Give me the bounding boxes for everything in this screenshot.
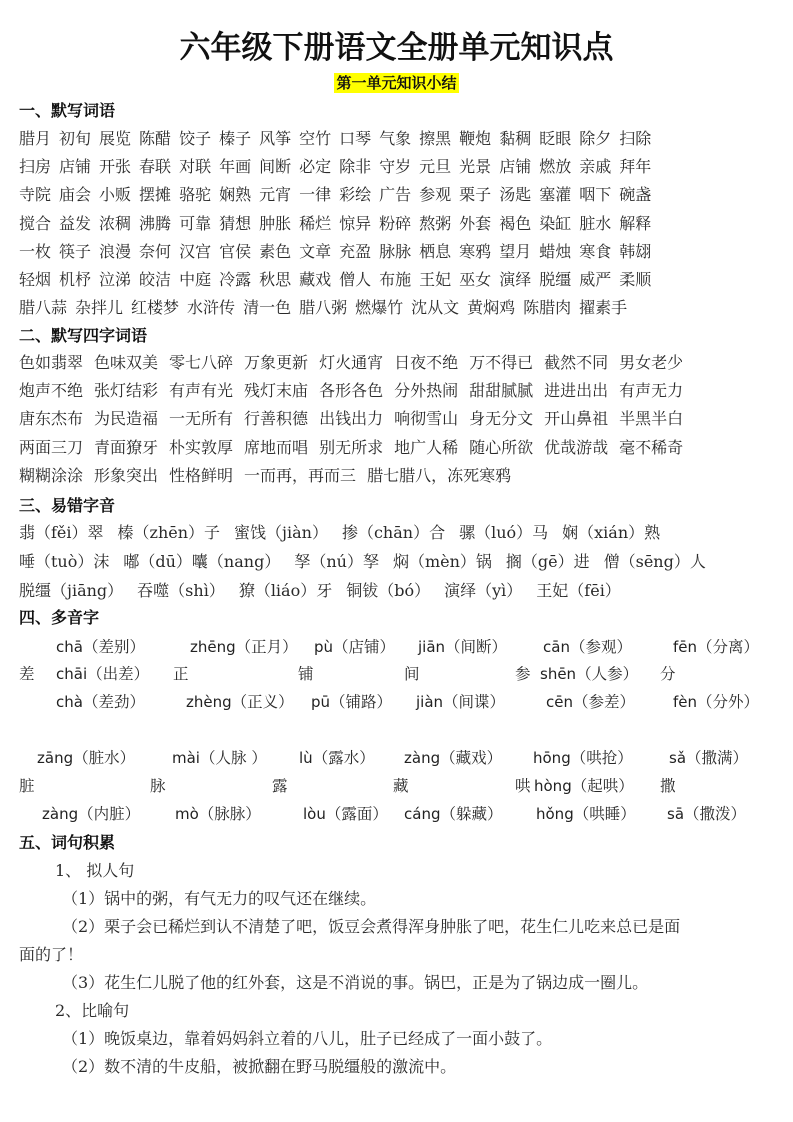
word: 僧人 [339, 270, 371, 289]
word: 优哉游哉 [544, 438, 608, 457]
word: 张灯结彩 [94, 381, 158, 400]
word: 孥（nú）孥 [294, 552, 379, 571]
polyphone-reading: hòng（起哄） [534, 775, 634, 797]
pinyin: fèn [673, 693, 697, 711]
word: 毫不稀奇 [619, 438, 683, 457]
word: 机杼 [59, 270, 91, 289]
section-heading-polyphones: 四、多音字 [19, 608, 99, 628]
word: 褐色 [499, 214, 531, 233]
word: 残灯末庙 [244, 381, 308, 400]
word: 万不得已 [469, 353, 533, 372]
word: 汉宫 [179, 242, 211, 261]
pinyin: lòu [303, 805, 326, 823]
example-word: （露面） [326, 805, 388, 823]
word-row: 两面三刀青面獠牙朴实敦厚席地而唱别无所求地广人稀随心所欲优哉游哉毫不稀奇 [19, 437, 779, 459]
word-row: 色如翡翠色味双美零七八碎万象更新灯火通宵日夜不绝万不得已截然不同男女老少 [19, 352, 779, 374]
polyphone-reading: sǎ（撒满） [669, 747, 748, 769]
word: 栗子 [459, 185, 491, 204]
word-row: 扫房店铺开张春联对联年画间断必定除非守岁元旦光景店铺燃放亲戚拜年 [19, 156, 779, 178]
word: 间断 [259, 157, 291, 176]
polyphone-reading: zhèng（正义） [186, 691, 294, 713]
word: 巫女 [459, 270, 491, 289]
word: 脱缰（jiāng） [19, 581, 123, 600]
word: 咽下 [579, 185, 611, 204]
word-row: 唐东杰布为民造福一无所有行善积德出钱出力响彻雪山身无分文开山鼻祖半黑半白 [19, 408, 779, 430]
word: 出钱出力 [319, 409, 383, 428]
pinyin: cáng [404, 805, 440, 823]
polyphone-reading: chà（差劲） [56, 691, 145, 713]
word: 柔顺 [619, 270, 651, 289]
polyphone-reading: fèn（分外） [673, 691, 759, 713]
example-word: （哄睡） [574, 805, 636, 823]
word: 饺子 [179, 129, 211, 148]
word: 沈从文 [411, 298, 459, 317]
word: 皎洁 [139, 270, 171, 289]
pinyin: sǎ [669, 749, 686, 767]
pinyin: chāi [56, 665, 87, 683]
word: 年画 [219, 157, 251, 176]
pinyin: pū [311, 693, 330, 711]
example-word: （分离） [697, 638, 759, 656]
word: 开山鼻祖 [544, 409, 608, 428]
word: 擦黑 [419, 129, 451, 148]
word: 腊七腊八，冻死寒鸦 [367, 466, 511, 485]
word: 蜜饯（jiàn） [234, 523, 328, 542]
example-word: （人参） [576, 665, 638, 683]
sentence-item: （2）数不清的牛皮船，被掀翻在野马脱缰般的激流中。 [62, 1056, 456, 1078]
word: 除夕 [579, 129, 611, 148]
word: 元宵 [259, 185, 291, 204]
word-row: 腊八蒜杂拌儿红楼梦水浒传清一色腊八粥燃爆竹沈从文黄焖鸡陈腊肉擢素手 [19, 297, 779, 319]
word: 惊异 [339, 214, 371, 233]
section-heading-four-char: 二、默写四字词语 [19, 326, 147, 346]
example-word: （分外） [697, 693, 759, 711]
polyphone-reading: cān（参观） [543, 636, 632, 658]
word: 僧（sēng）人 [604, 552, 706, 571]
word: 掺（chān）合 [342, 523, 445, 542]
pinyin: hòng [534, 777, 572, 795]
word: 唐东杰布 [19, 409, 83, 428]
word: 腊八粥 [299, 298, 347, 317]
document-title: 六年级下册语文全册单元知识点 [0, 22, 793, 67]
pinyin: zàng [42, 805, 78, 823]
polyphone-reading: chāi（出差） [56, 663, 149, 685]
word: 染缸 [539, 214, 571, 233]
word: 朴实敦厚 [169, 438, 233, 457]
polyphone-reading: pù（店铺） [314, 636, 395, 658]
word: 口琴 [339, 129, 371, 148]
word: 脏水 [579, 214, 611, 233]
word: 有声有光 [169, 381, 233, 400]
word: 各形各色 [319, 381, 383, 400]
example-word: （正月） [236, 638, 298, 656]
word: 榛（zhēn）子 [118, 523, 221, 542]
section-heading-sentences: 五、词句积累 [19, 833, 115, 853]
polyphone-reading: hōng（哄抢） [533, 747, 633, 769]
word: 搅合 [19, 214, 51, 233]
word: 除非 [339, 157, 371, 176]
pinyin: cēn [546, 693, 573, 711]
example-word: （出差） [87, 665, 149, 683]
example-word: （起哄） [572, 777, 634, 795]
word: 截然不同 [544, 353, 608, 372]
word: 寺院 [19, 185, 51, 204]
pinyin: mò [175, 805, 199, 823]
word: 行善积德 [244, 409, 308, 428]
subtitle-wrap: 第一单元知识小结 [0, 73, 793, 93]
word: 色如翡翠 [19, 353, 83, 372]
section-heading-vocabulary: 一、默写词语 [19, 101, 115, 121]
word: 红楼梦 [131, 298, 179, 317]
word: 威严 [579, 270, 611, 289]
example-word: （参观） [570, 638, 632, 656]
word: 解释 [619, 214, 651, 233]
word: 猜想 [219, 214, 251, 233]
word: 青面獠牙 [94, 438, 158, 457]
polyphone-reading: fēn（分离） [673, 636, 759, 658]
word: 脉脉 [379, 242, 411, 261]
example-word: （哄抢） [571, 749, 633, 767]
subsection-personification: 1、 拟人句 [55, 860, 134, 882]
word: 展览 [99, 129, 131, 148]
word: 响彻雪山 [394, 409, 458, 428]
polyphone-reading: jiān（间断） [418, 636, 507, 658]
pinyin: pù [314, 638, 333, 656]
word: 色味双美 [94, 353, 158, 372]
word: 汤匙 [499, 185, 531, 204]
word: 席地而唱 [244, 438, 308, 457]
word-row: 糊糊涂涂形象突出性格鲜明一而再，再而三腊七腊八，冻死寒鸦 [19, 465, 779, 487]
word: 翡（fěi）翠 [19, 523, 104, 542]
word: 寒食 [579, 242, 611, 261]
word: 浓稠 [99, 214, 131, 233]
word: 演绎 [499, 270, 531, 289]
word: 糊糊涂涂 [19, 466, 83, 485]
polyphone-reading: lòu（露面） [303, 803, 388, 825]
word: 一而再，再而三 [244, 466, 356, 485]
word-row: 一枚筷子浪漫奈何汉宫官侯素色文章充盈脉脉栖息寒鸦望月蜡烛寒食韩翃 [19, 241, 779, 263]
word: 男女老少 [619, 353, 683, 372]
word: 焖（mèn）锅 [393, 552, 492, 571]
polyphone-char: 露 [272, 775, 288, 797]
word: 燃放 [539, 157, 571, 176]
word: 燃爆竹 [355, 298, 403, 317]
pinyin: zāng [37, 749, 73, 767]
polyphone-char: 脏 [19, 775, 35, 797]
word: 韩翃 [619, 242, 651, 261]
section-heading-sentences-text: 五、词句积累 [19, 833, 115, 852]
word-row: 炮声不绝张灯结彩有声有光残灯末庙各形各色分外热闹甜甜腻腻进进出出有声无力 [19, 380, 779, 402]
example-word: （脏水） [73, 749, 135, 767]
polyphone-reading: pū（铺路） [311, 691, 392, 713]
sentence-item: （1）晚饭桌边，靠着妈妈斜立着的八儿，肚子已经成了一面小鼓了。 [62, 1028, 552, 1050]
polyphone-char: 撒 [660, 775, 676, 797]
word: 寒鸦 [459, 242, 491, 261]
word: 店铺 [59, 157, 91, 176]
word: 有声无力 [619, 381, 683, 400]
polyphone-char: 藏 [393, 775, 409, 797]
word: 万象更新 [244, 353, 308, 372]
word: 拜年 [619, 157, 651, 176]
word: 黏稠 [499, 129, 531, 148]
word: 熬粥 [419, 214, 451, 233]
word: 栖息 [419, 242, 451, 261]
unit-subtitle: 第一单元知识小结 [334, 73, 458, 93]
word: 性格鲜明 [169, 466, 233, 485]
word: 灯火通宵 [319, 353, 383, 372]
word: 碗盏 [619, 185, 651, 204]
pinyin: zàng [404, 749, 440, 767]
word: 元旦 [419, 157, 451, 176]
example-word: （正义） [232, 693, 294, 711]
word: 官侯 [219, 242, 251, 261]
word: 文章 [299, 242, 331, 261]
word: 风筝 [259, 129, 291, 148]
word: 黄焖鸡 [467, 298, 515, 317]
sentence-item: （1）锅中的粥，有气无力的叹气还在继续。 [62, 888, 376, 910]
word: 骡（luó）马 [459, 523, 548, 542]
word: 骆驼 [179, 185, 211, 204]
word-row: 轻烟机杼泣涕皎洁中庭冷露秋思藏戏僧人布施王妃巫女演绎脱缰威严柔顺 [19, 269, 779, 291]
word: 肿胀 [259, 214, 291, 233]
word-row: 搅合益发浓稠沸腾可靠猜想肿胀稀烂惊异粉碎熬粥外套褐色染缸脏水解释 [19, 213, 779, 235]
word: 参观 [419, 185, 451, 204]
word: 开张 [99, 157, 131, 176]
word: 必定 [299, 157, 331, 176]
word: 广告 [379, 185, 411, 204]
polyphone-char: 差 [19, 663, 35, 685]
pinyin: sā [667, 805, 684, 823]
word: 一枚 [19, 242, 51, 261]
word: 筷子 [59, 242, 91, 261]
word: 沸腾 [139, 214, 171, 233]
pinyin: chā [56, 638, 83, 656]
example-word: （躲藏） [440, 805, 502, 823]
word: 中庭 [179, 270, 211, 289]
word: 蜡烛 [539, 242, 571, 261]
polyphone-reading: shēn（人参） [540, 663, 638, 685]
example-word: （撒泼） [684, 805, 746, 823]
word: 可靠 [179, 214, 211, 233]
polyphone-reading: lù（露水） [299, 747, 375, 769]
example-word: （参差） [573, 693, 635, 711]
word: 铜钹（bó） [346, 581, 430, 600]
pinyin: fēn [673, 638, 697, 656]
word: 榛子 [219, 129, 251, 148]
example-word: （内脏） [78, 805, 140, 823]
word-row: 唾（tuò）沫嘟（dū）囔（nang）孥（nú）孥焖（mèn）锅搁（gē）进僧（… [19, 551, 779, 573]
word: 吞噬（shì） [137, 581, 225, 600]
word-row: 腊月初旬展览陈醋饺子榛子风筝空竹口琴气象擦黑鞭炮黏稠眨眼除夕扫除 [19, 128, 779, 150]
polyphone-reading: chā（差别） [56, 636, 145, 658]
word: 扫除 [619, 129, 651, 148]
example-word: （人脉 ） [200, 749, 267, 767]
word: 形象突出 [94, 466, 158, 485]
polyphone-reading: zāng（脏水） [37, 747, 135, 769]
word: 一无所有 [169, 409, 233, 428]
word: 娴熟 [219, 185, 251, 204]
polyphone-reading: mò（脉脉） [175, 803, 261, 825]
word: 空竹 [299, 129, 331, 148]
word: 獠（liáo）牙 [239, 581, 332, 600]
pinyin: shēn [540, 665, 576, 683]
word: 甜甜腻腻 [469, 381, 533, 400]
polyphone-char: 铺 [298, 663, 314, 685]
word: 为民造福 [94, 409, 158, 428]
word: 泣涕 [99, 270, 131, 289]
word: 摆摊 [139, 185, 171, 204]
polyphone-char: 正 [173, 663, 189, 685]
word: 光景 [459, 157, 491, 176]
pinyin: cān [543, 638, 570, 656]
word: 擢素手 [579, 298, 627, 317]
sentence-item-continued: 面的了！ [19, 944, 83, 966]
word: 王妃 [419, 270, 451, 289]
word: 守岁 [379, 157, 411, 176]
word: 素色 [259, 242, 291, 261]
pinyin: chà [56, 693, 83, 711]
word: 日夜不绝 [394, 353, 458, 372]
word-row: 寺院庙会小贩摆摊骆驼娴熟元宵一律彩绘广告参观栗子汤匙塞灌咽下碗盏 [19, 184, 779, 206]
word: 陈腊肉 [523, 298, 571, 317]
word: 腊月 [19, 129, 51, 148]
word: 气象 [379, 129, 411, 148]
word: 搁（gē）进 [506, 552, 590, 571]
example-word: （差别） [83, 638, 145, 656]
word: 望月 [499, 242, 531, 261]
word: 春联 [139, 157, 171, 176]
word: 鞭炮 [459, 129, 491, 148]
word: 杂拌儿 [75, 298, 123, 317]
polyphone-reading: jiàn（间谍） [416, 691, 505, 713]
pinyin: hǒng [536, 805, 574, 823]
word: 眨眼 [539, 129, 571, 148]
pinyin: mài [172, 749, 200, 767]
example-word: （露水） [313, 749, 375, 767]
sentence-item: （3）花生仁儿脱了他的红外套，这是不消说的事。锅巴，正是为了锅边成一圈儿。 [62, 972, 648, 994]
word: 别无所求 [319, 438, 383, 457]
word: 扫房 [19, 157, 51, 176]
example-word: （差劲） [83, 693, 145, 711]
example-word: （脉脉） [199, 805, 261, 823]
polyphone-char: 分 [660, 663, 676, 685]
word: 冷露 [219, 270, 251, 289]
polyphone-reading: cēn（参差） [546, 691, 635, 713]
word: 彩绘 [339, 185, 371, 204]
word: 进进出出 [544, 381, 608, 400]
pinyin: zhèng [186, 693, 232, 711]
polyphone-reading: zhēng（正月） [190, 636, 298, 658]
pinyin: jiàn [416, 693, 443, 711]
word: 零七八碎 [169, 353, 233, 372]
polyphone-char: 参 [515, 663, 531, 685]
pinyin: lù [299, 749, 313, 767]
word: 嘟（dū）囔（nang） [123, 552, 280, 571]
example-word: （藏戏） [440, 749, 502, 767]
word: 演绎（yì） [444, 581, 522, 600]
word: 清一色 [243, 298, 291, 317]
word: 小贩 [99, 185, 131, 204]
word: 娴（xián）熟 [562, 523, 660, 542]
word: 腊八蒜 [19, 298, 67, 317]
word: 益发 [59, 214, 91, 233]
word: 唾（tuò）沫 [19, 552, 109, 571]
word: 王妃（fēi） [536, 581, 621, 600]
word: 陈醋 [139, 129, 171, 148]
word: 两面三刀 [19, 438, 83, 457]
word: 塞灌 [539, 185, 571, 204]
word: 奈何 [139, 242, 171, 261]
word: 粉碎 [379, 214, 411, 233]
subsection-metaphor: 2、比喻句 [55, 1000, 129, 1022]
polyphone-reading: mài（人脉 ） [172, 747, 267, 769]
word: 布施 [379, 270, 411, 289]
example-word: （店铺） [333, 638, 395, 656]
word: 轻烟 [19, 270, 51, 289]
word: 充盈 [339, 242, 371, 261]
word: 半黑半白 [619, 409, 683, 428]
word: 藏戏 [299, 270, 331, 289]
polyphone-reading: hǒng（哄睡） [536, 803, 636, 825]
word: 庙会 [59, 185, 91, 204]
word: 亲戚 [579, 157, 611, 176]
polyphone-char: 脉 [150, 775, 166, 797]
example-word: （间谍） [443, 693, 505, 711]
word: 炮声不绝 [19, 381, 83, 400]
word: 对联 [179, 157, 211, 176]
polyphone-char: 哄 [515, 775, 531, 797]
pinyin: hōng [533, 749, 571, 767]
example-word: （间断） [445, 638, 507, 656]
pinyin: zhēng [190, 638, 236, 656]
polyphone-reading: zàng（藏戏） [404, 747, 502, 769]
word: 随心所欲 [469, 438, 533, 457]
word: 秋思 [259, 270, 291, 289]
polyphone-reading: cáng（躲藏） [404, 803, 502, 825]
polyphone-char: 间 [404, 663, 420, 685]
word: 店铺 [499, 157, 531, 176]
word-row: 翡（fěi）翠榛（zhēn）子蜜饯（jiàn）掺（chān）合骡（luó）马娴（… [19, 522, 779, 544]
word: 浪漫 [99, 242, 131, 261]
word: 脱缰 [539, 270, 571, 289]
example-word: （撒满） [686, 749, 748, 767]
polyphone-reading: zàng（内脏） [42, 803, 140, 825]
word: 分外热闹 [394, 381, 458, 400]
word-row: 脱缰（jiāng）吞噬（shì）獠（liáo）牙铜钹（bó）演绎（yì）王妃（f… [19, 580, 779, 602]
word: 地广人稀 [394, 438, 458, 457]
polyphone-reading: sā（撒泼） [667, 803, 746, 825]
word: 水浒传 [187, 298, 235, 317]
word: 稀烂 [299, 214, 331, 233]
word: 外套 [459, 214, 491, 233]
pinyin: jiān [418, 638, 445, 656]
word: 身无分文 [469, 409, 533, 428]
example-word: （铺路） [330, 693, 392, 711]
section-heading-pronunciation: 三、易错字音 [19, 496, 115, 516]
word: 一律 [299, 185, 331, 204]
sentence-item: （2）栗子会已稀烂到认不清楚了吧，饭豆会煮得浑身肿胀了吧，花生仁儿吃来总已是面 [62, 916, 680, 938]
word: 初旬 [59, 129, 91, 148]
